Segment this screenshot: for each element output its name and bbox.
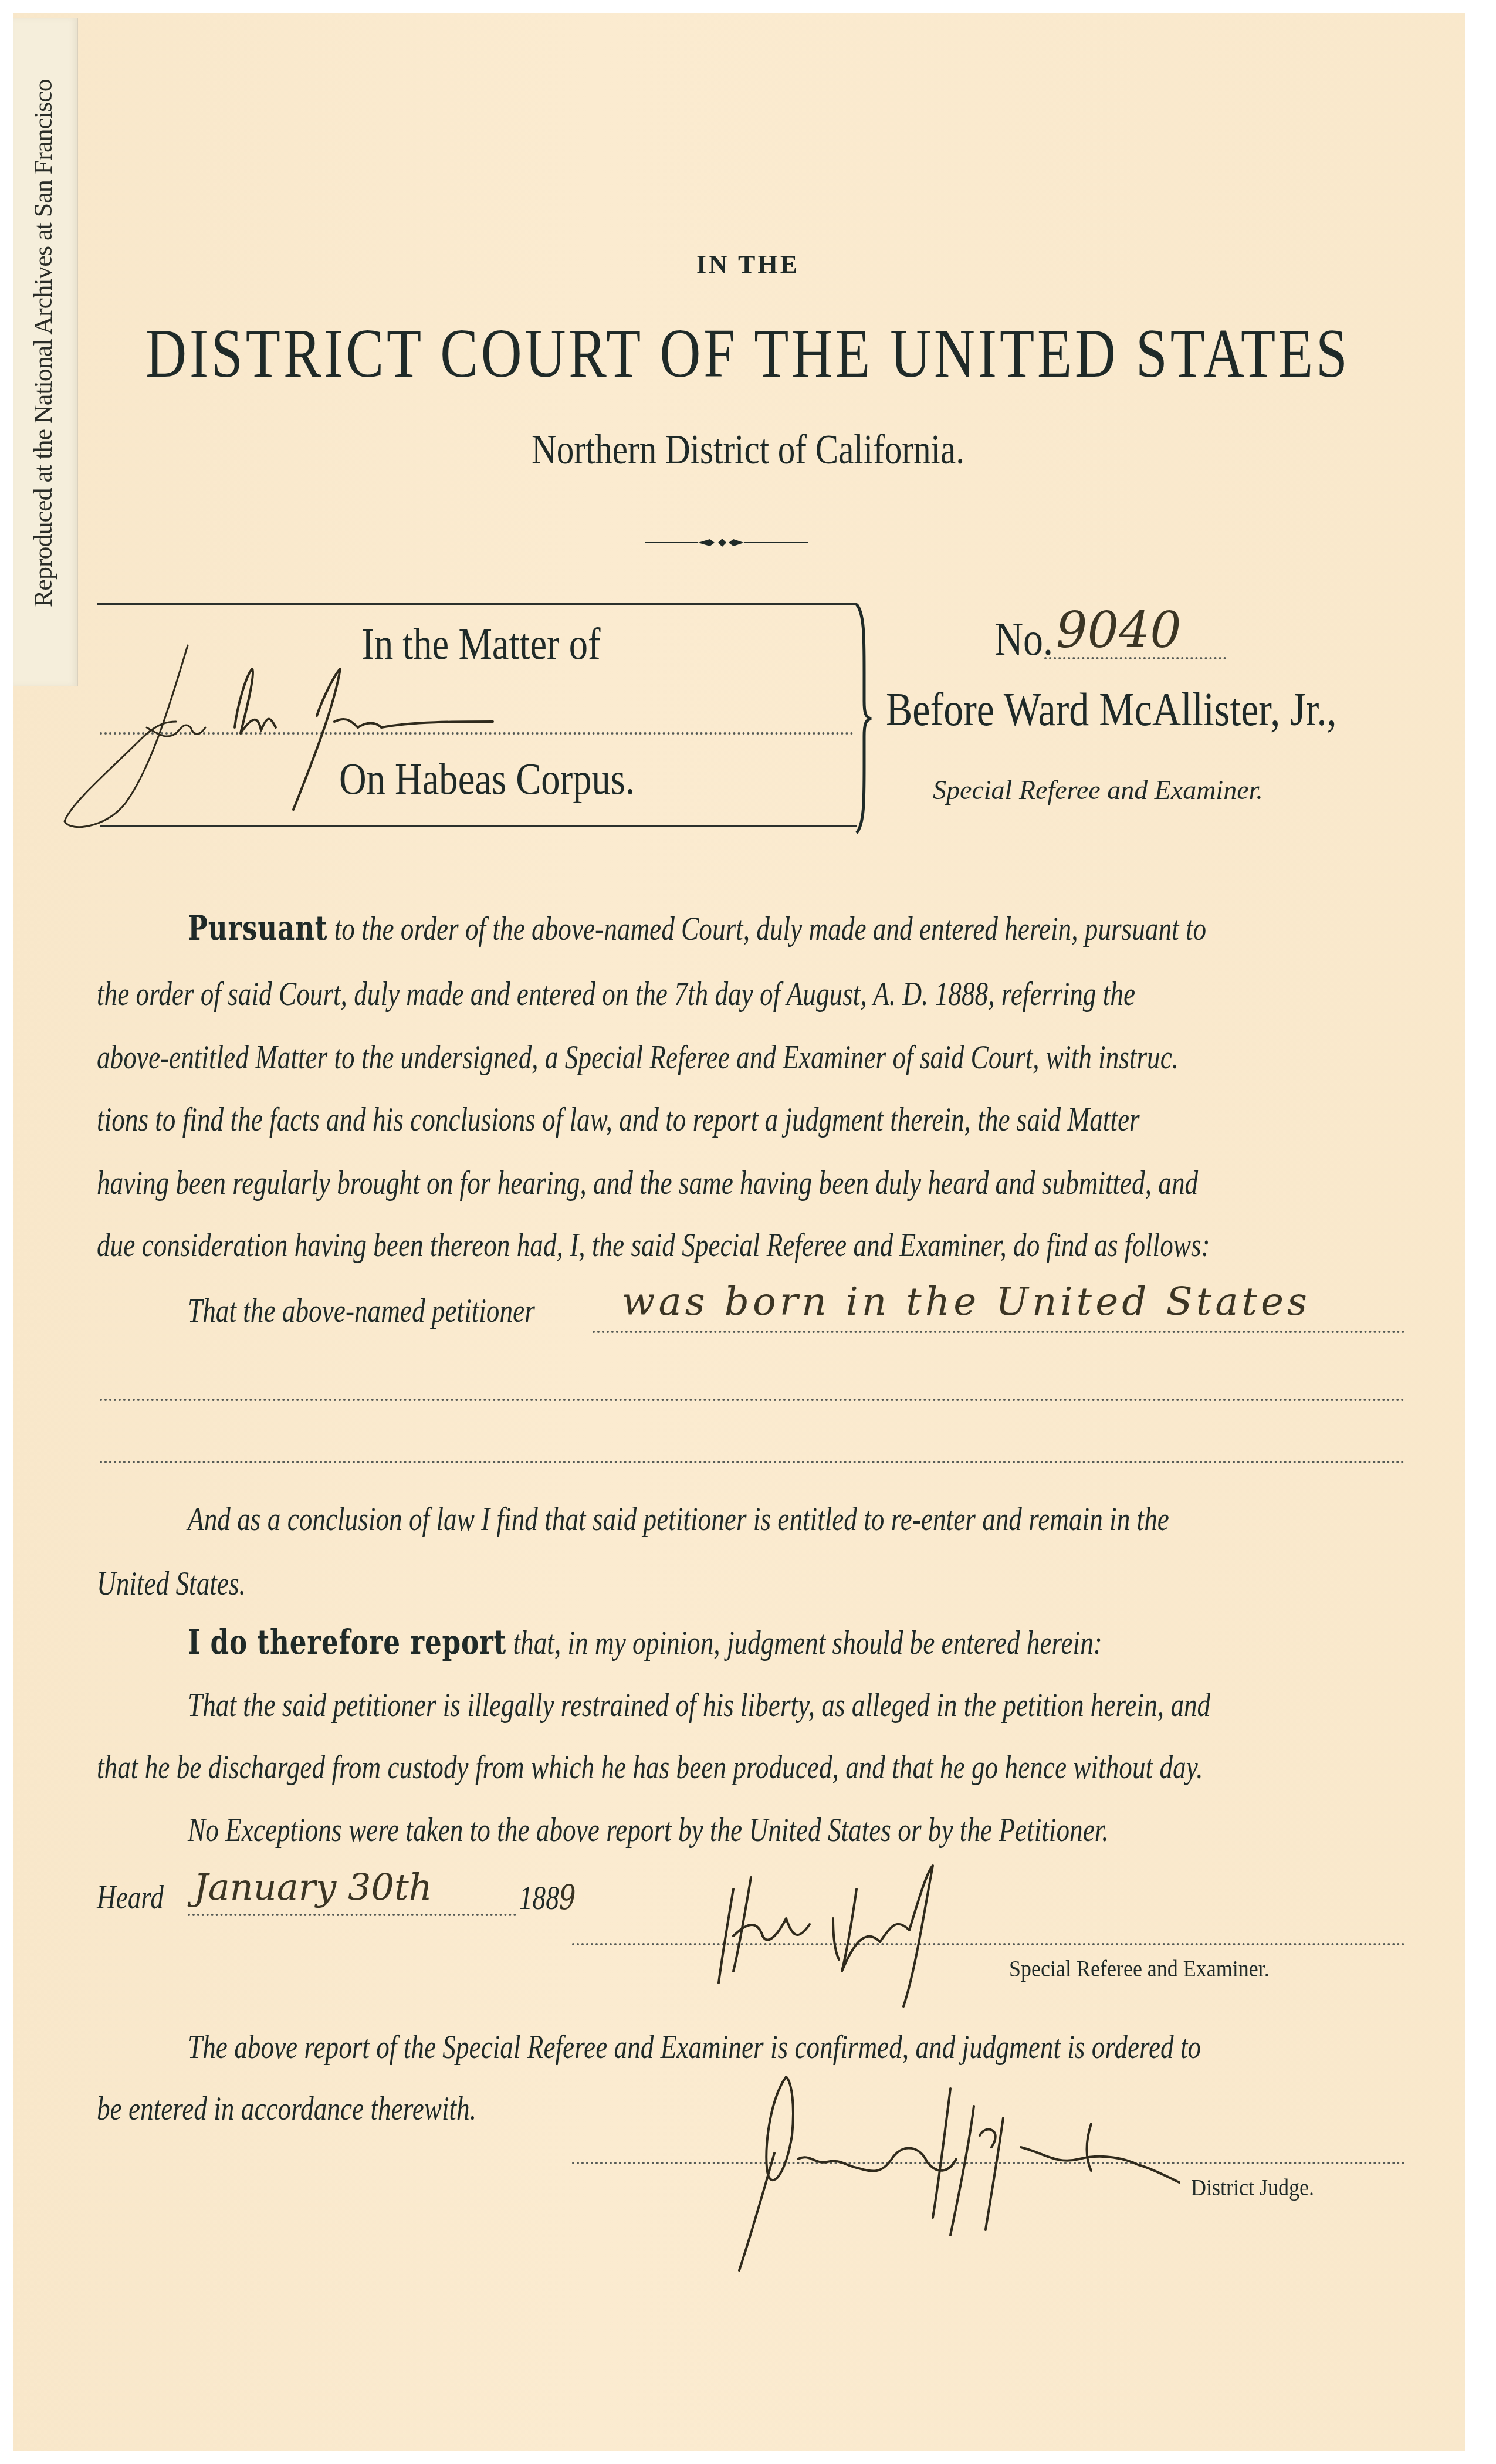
judgment-line-1: That the said petitioner is illegally re… bbox=[188, 1685, 1194, 1724]
before-referee: Before Ward McAllister, Jr., bbox=[886, 683, 1337, 737]
case-number-handwritten: 9040 bbox=[1056, 601, 1182, 659]
referee-title-signature: Special Referee and Examiner. bbox=[1009, 1955, 1270, 1982]
report-text: that, in my opinion, judgment should be … bbox=[513, 1623, 1102, 1661]
judge-signature-handwriting bbox=[727, 2065, 1385, 2276]
heard-date-line bbox=[188, 1914, 516, 1916]
pursuant-line-1: Pursuant to the order of the above-named… bbox=[188, 908, 1194, 948]
pursuant-line-4: tions to find the facts and his conclusi… bbox=[97, 1099, 1104, 1139]
judgment-line-2: that he be discharged from custody from … bbox=[97, 1747, 1104, 1786]
pursuant-line-6: due consideration having been thereon ha… bbox=[97, 1225, 1104, 1264]
district-subtitle: Northern District of California. bbox=[135, 425, 1362, 474]
pursuant-lead: Pursuant bbox=[188, 908, 327, 948]
ornament-divider-icon bbox=[645, 531, 821, 554]
report-lead: I do therefore report bbox=[188, 1622, 506, 1662]
pursuant-line-2: the order of said Court, duly made and e… bbox=[97, 974, 1104, 1013]
conclusion-line-2: United States. bbox=[97, 1563, 1104, 1603]
brace-icon bbox=[854, 601, 877, 836]
report-line: I do therefore report that, in my opinio… bbox=[188, 1622, 1194, 1662]
finding-label: That the above-named petitioner bbox=[188, 1291, 600, 1330]
archive-stamp: Reproduced at the National Archives at S… bbox=[28, 79, 58, 607]
heard-year-prefix: 188 bbox=[519, 1879, 559, 1917]
finding-line-2 bbox=[100, 1399, 1405, 1401]
confirmation-line-1: The above report of the Special Referee … bbox=[188, 2027, 1194, 2066]
header-in-the: IN THE bbox=[0, 249, 1496, 279]
heard-year-digit: 9 bbox=[559, 1877, 576, 1917]
referee-title: Special Referee and Examiner. bbox=[933, 774, 1263, 805]
court-title: DISTRICT COURT OF THE UNITED STATES bbox=[135, 314, 1362, 394]
heard-date-handwritten: January 30th bbox=[194, 1866, 432, 1908]
referee-signature-handwriting bbox=[716, 1854, 1162, 2018]
proceeding-label: On Habeas Corpus. bbox=[313, 754, 662, 805]
caption-top-rule bbox=[97, 603, 857, 605]
finding-handwritten: was born in the United States bbox=[622, 1279, 1311, 1324]
pursuant-line-5: having been regularly brought on for hea… bbox=[97, 1163, 1104, 1202]
finding-line-1 bbox=[593, 1331, 1405, 1333]
pursuant-text: to the order of the above-named Court, d… bbox=[334, 909, 1206, 947]
heard-year-printed: 1889 bbox=[519, 1877, 611, 1917]
pursuant-line-3: above-entitled Matter to the undersigned… bbox=[97, 1037, 1104, 1077]
judge-title: District Judge. bbox=[1191, 2174, 1314, 2201]
finding-line-3 bbox=[100, 1461, 1405, 1463]
no-exceptions-line: No Exceptions were taken to the above re… bbox=[188, 1810, 1194, 1849]
conclusion-line-1: And as a conclusion of law I find that s… bbox=[188, 1499, 1194, 1538]
